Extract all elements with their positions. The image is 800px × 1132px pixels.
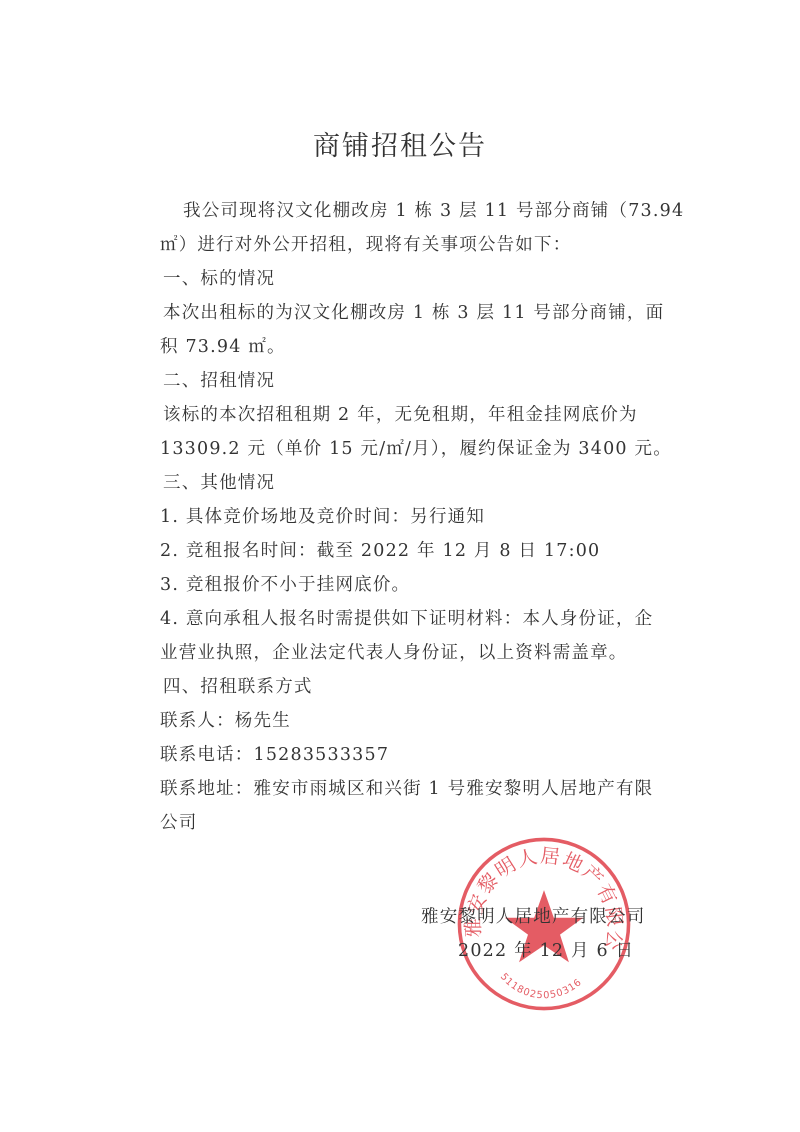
contact-address: 联系地址：雅安市雨城区和兴街 1 号雅安黎明人居地产有限 bbox=[160, 775, 653, 800]
contact-address-cont: 公司 bbox=[160, 809, 197, 834]
section3-item-4: 4. 意向承租人报名时需提供如下证明材料：本人身份证，企 bbox=[160, 605, 653, 630]
signature-date: 2022 年 12 月 6 日 bbox=[458, 937, 634, 962]
section2-line-2: 13309.2 元（单价 15 元/㎡/月），履约保证金为 3400 元。 bbox=[160, 435, 672, 460]
section1-line-1: 本次出租标的为汉文化棚改房 1 栋 3 层 11 号部分商铺，面 bbox=[163, 299, 664, 324]
signature-company: 雅安黎明人居地产有限公司 bbox=[421, 903, 645, 928]
section2-heading: 二、招租情况 bbox=[163, 367, 275, 392]
intro-line-2: ㎡）进行对外公开招租，现将有关事项公告如下： bbox=[160, 231, 571, 256]
section3-item-1: 1. 具体竞价场地及竞价时间：另行通知 bbox=[160, 503, 485, 528]
section1-line-2: 积 73.94 ㎡。 bbox=[160, 333, 286, 358]
page-title: 商铺招租公告 bbox=[0, 124, 800, 163]
section3-item-2: 2. 竞租报名时间：截至 2022 年 12 月 8 日 17:00 bbox=[160, 537, 600, 562]
section3-heading: 三、其他情况 bbox=[163, 469, 275, 494]
section3-item-4-cont: 业营业执照，企业法定代表人身份证，以上资料需盖章。 bbox=[160, 639, 628, 664]
section2-line-1: 该标的本次招租租期 2 年，无免租期，年租金挂网底价为 bbox=[163, 401, 638, 426]
section1-heading: 一、标的情况 bbox=[163, 265, 275, 290]
contact-person: 联系人：杨先生 bbox=[160, 707, 291, 732]
svg-text:5118025050316: 5118025050316 bbox=[498, 971, 584, 1001]
section3-item-3: 3. 竞租报价不小于挂网底价。 bbox=[160, 571, 410, 596]
section4-heading: 四、招租联系方式 bbox=[163, 673, 313, 698]
contact-phone: 联系电话：15283533357 bbox=[160, 741, 389, 766]
intro-line-1: 我公司现将汉文化棚改房 1 栋 3 层 11 号部分商铺（73.94 bbox=[183, 197, 684, 222]
